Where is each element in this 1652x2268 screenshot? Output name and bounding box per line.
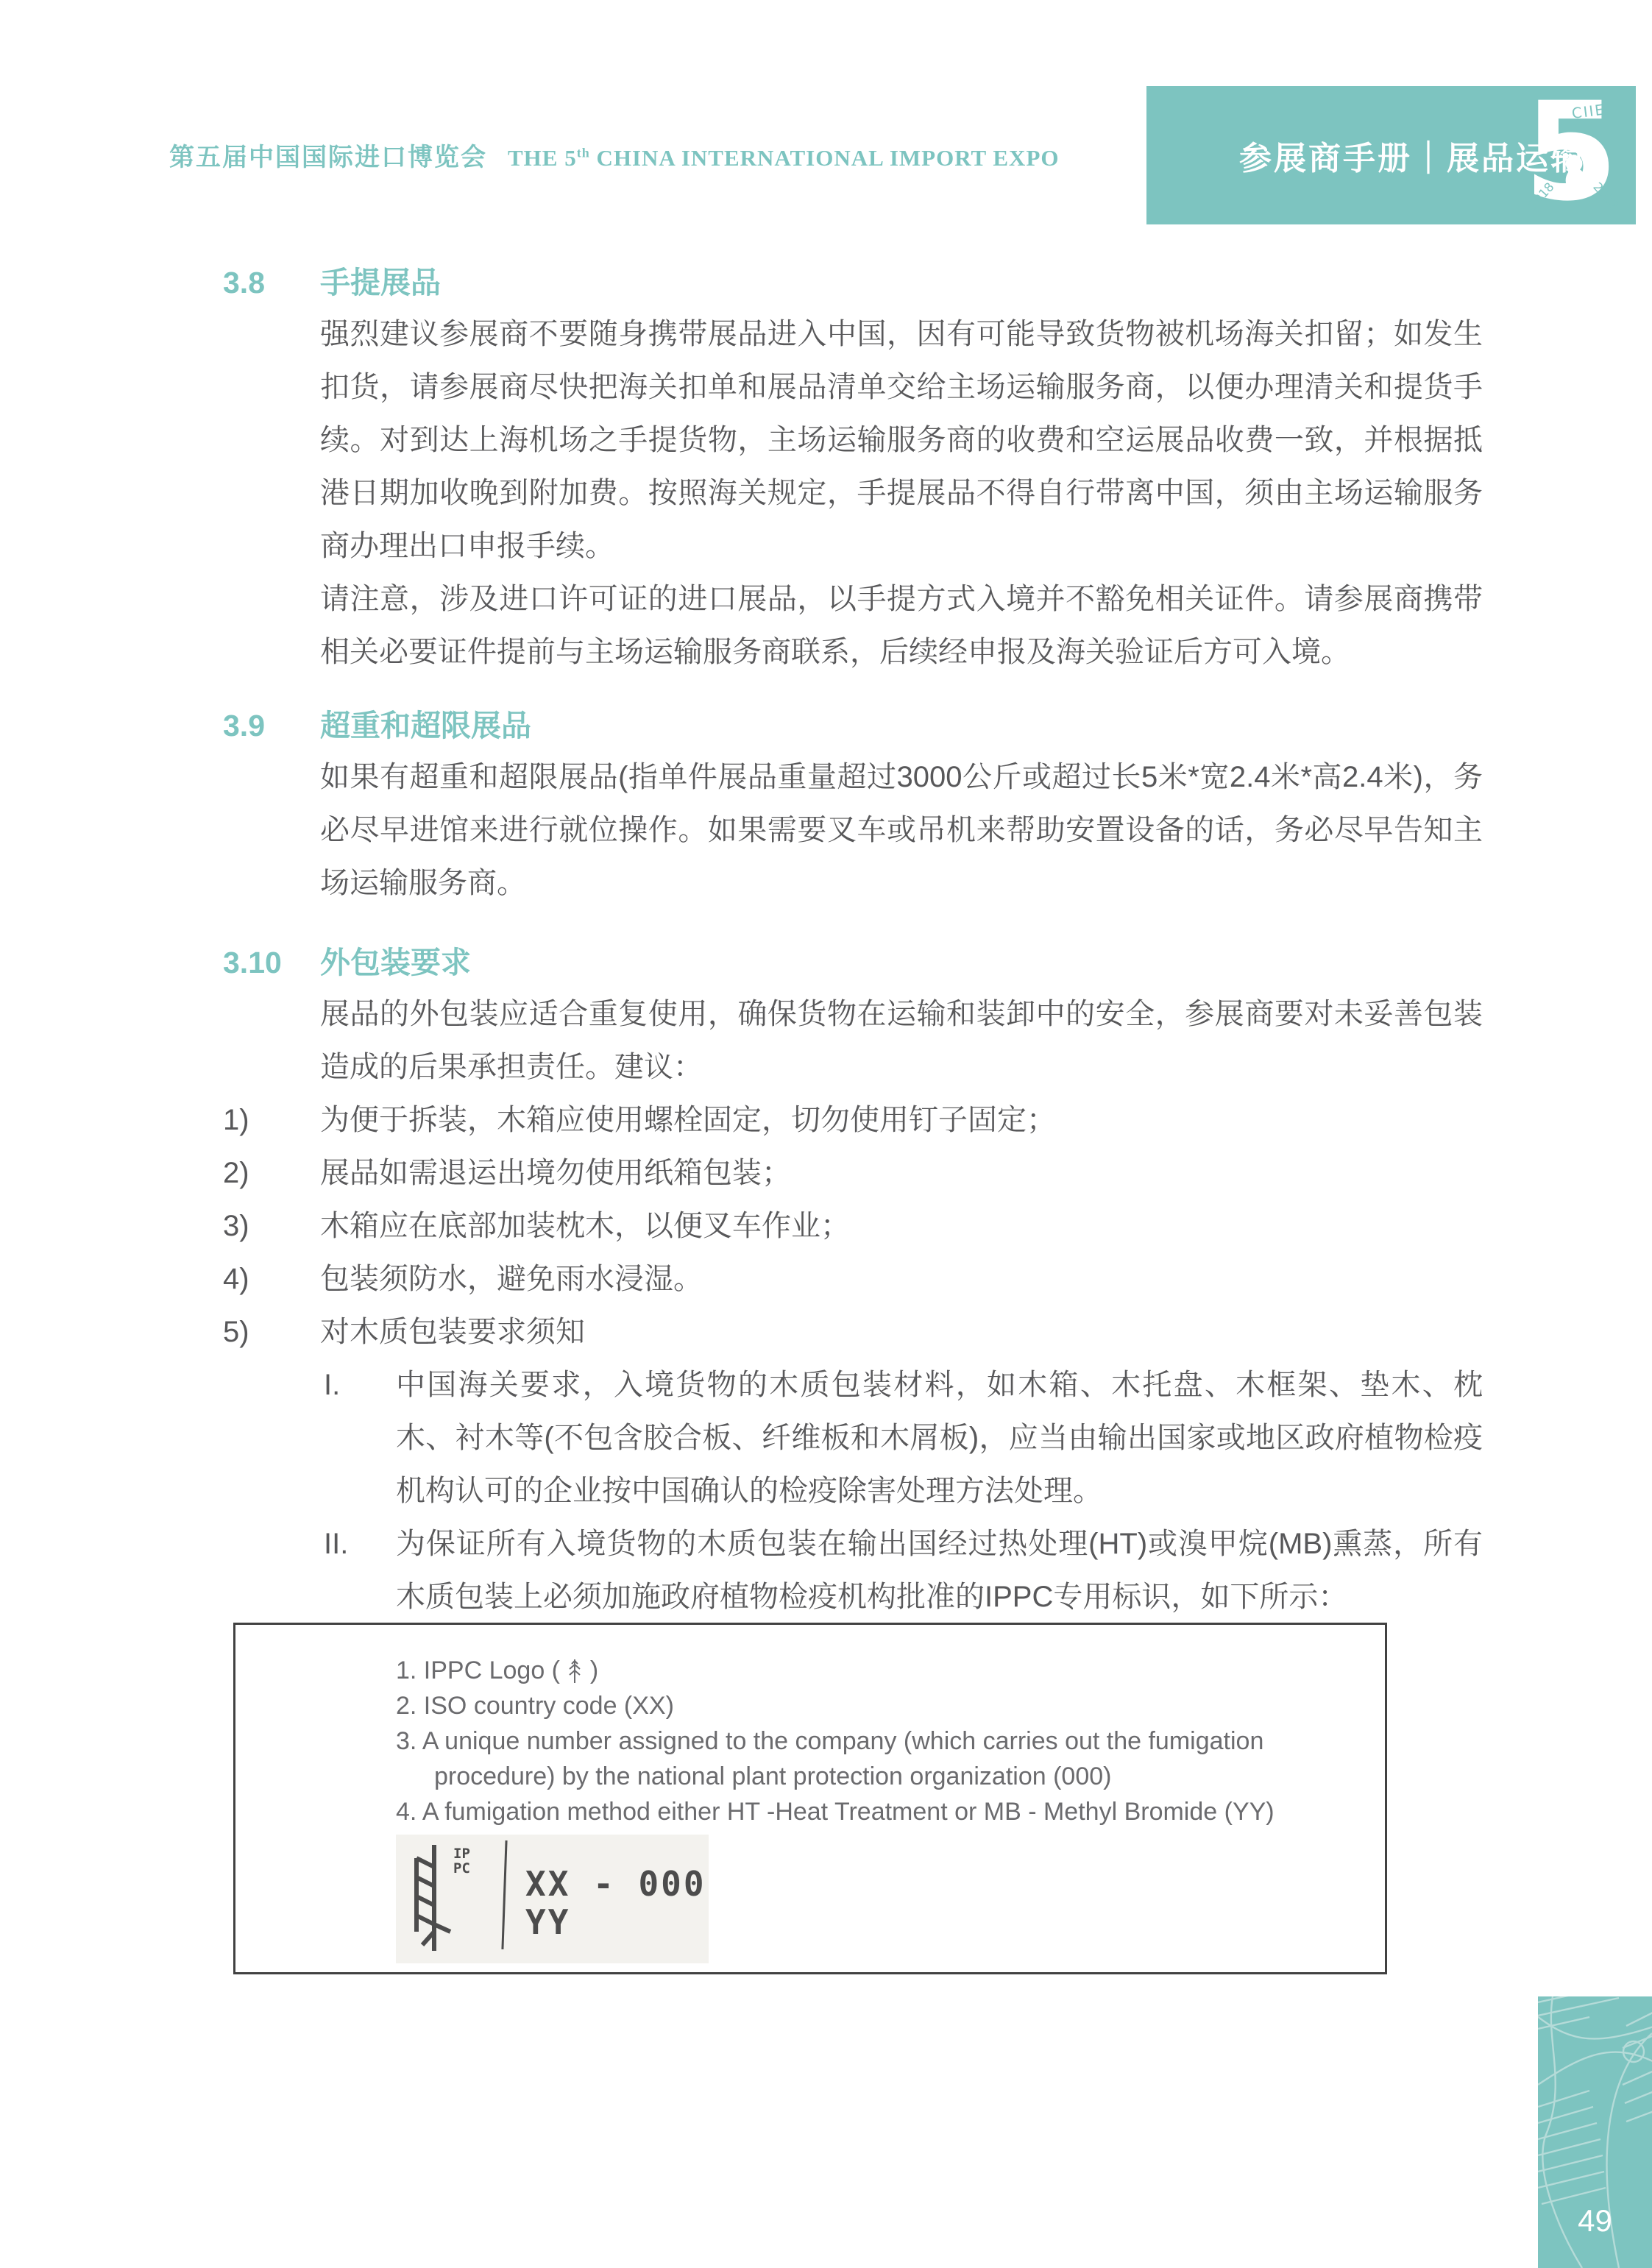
list-item: 2) 展品如需退运出境勿使用纸箱包装； <box>223 1147 1483 1199</box>
section-title: 手提展品 <box>320 262 441 303</box>
main-content: 3.8 手提展品 强烈建议参展商不要随身携带展品进入中国，因有可能导致货物被机场… <box>223 256 1483 1623</box>
list-item-text: 对木质包装要求须知 <box>320 1305 585 1358</box>
ippc-item-1: 1. IPPC Logo ( ) <box>396 1653 1344 1688</box>
page-number: 49 <box>1538 2205 1652 2237</box>
section-3-8-heading: 3.8 手提展品 <box>223 262 1483 303</box>
section-title: 超重和超限展品 <box>320 705 531 746</box>
wheat-stamp-icon <box>408 1842 455 1954</box>
list-item: 4) 包装须防水，避免雨水浸湿。 <box>223 1252 1483 1305</box>
section-number: 3.9 <box>223 705 320 746</box>
list-item: 5) 对木质包装要求须知 <box>223 1305 1483 1358</box>
expo-title-chinese: 第五届中国国际进口博览会 <box>169 144 487 171</box>
expo-title-english-post: CHINA INTERNATIONAL IMPORT EXPO <box>590 145 1060 171</box>
ippc-info-list: 1. IPPC Logo ( ) 2. ISO country code (XX… <box>396 1653 1344 1829</box>
list-item-number: 4) <box>223 1252 320 1305</box>
list-item-text: 包装须防水，避免雨水浸湿。 <box>320 1252 703 1305</box>
section-number: 3.8 <box>223 262 320 303</box>
list-item-number: 2) <box>223 1147 320 1199</box>
page: 第五届中国国际进口博览会THE 5th CHINA INTERNATIONAL … <box>0 0 1652 2268</box>
footer-block: 49 <box>1538 1996 1652 2268</box>
ippc-stamp-image: IPPC XX - 000 YY <box>396 1835 709 1963</box>
section-title: 外包装要求 <box>320 942 471 983</box>
section-number: 3.10 <box>223 942 320 983</box>
ippc-item-4: 4. A fumigation method either HT -Heat T… <box>396 1794 1344 1829</box>
list-item: 3) 木箱应在底部加装枕木，以便叉车作业； <box>223 1199 1483 1252</box>
list-item: 1) 为便于拆装，木箱应使用螺栓固定，切勿使用钉子固定； <box>223 1094 1483 1147</box>
ippc-item-1-text-before: 1. IPPC Logo ( <box>396 1656 567 1684</box>
page-header: 第五届中国国际进口博览会THE 5th CHINA INTERNATIONAL … <box>169 137 1060 173</box>
stamp-country-code: XX - 000 <box>525 1864 706 1904</box>
expo-title-english: THE 5th CHINA INTERNATIONAL IMPORT EXPO <box>508 145 1060 171</box>
sub-list-item-text: 为保证所有入境货物的木质包装在输出国经过热处理(HT)或溴甲烷(MB)熏蒸，所有… <box>396 1517 1483 1623</box>
section-3-9-paragraph-1: 如果有超重和超限展品(指单件展品重量超过3000公斤或超过长5米*宽2.4米*高… <box>320 751 1483 910</box>
list-item-text: 为便于拆装，木箱应使用螺栓固定，切勿使用钉子固定； <box>320 1094 1056 1147</box>
sub-list-item: I. 中国海关要求，入境货物的木质包装材料，如木箱、木托盘、木框架、垫木、枕木、… <box>324 1358 1483 1517</box>
sub-list-item-numeral: I. <box>324 1358 396 1517</box>
ippc-info-box: 1. IPPC Logo ( ) 2. ISO country code (XX… <box>233 1623 1387 1974</box>
section-3-9-heading: 3.9 超重和超限展品 <box>223 705 1483 746</box>
sub-list-item-text: 中国海关要求，入境货物的木质包装材料，如木箱、木托盘、木框架、垫木、枕木、衬木等… <box>396 1358 1483 1517</box>
sub-list-item-numeral: II. <box>324 1517 396 1623</box>
wheat-icon <box>567 1658 583 1684</box>
list-item-text: 展品如需退运出境勿使用纸箱包装； <box>320 1147 791 1199</box>
expo-title-english-pre: THE 5 <box>508 145 577 171</box>
ippc-item-3: 3. A unique number assigned to the compa… <box>396 1723 1344 1794</box>
ciie-5-logo: 5 CIIE 2018 2022 <box>1522 91 1624 220</box>
list-item-number: 1) <box>223 1094 320 1147</box>
stamp-ippc-vertical-text: IPPC <box>453 1846 471 1876</box>
list-item-text: 木箱应在底部加装枕木，以便叉车作业； <box>320 1199 850 1252</box>
list-item-number: 5) <box>223 1305 320 1358</box>
sub-list-item: II. 为保证所有入境货物的木质包装在输出国经过热处理(HT)或溴甲烷(MB)熏… <box>324 1517 1483 1623</box>
expo-title-english-sup: th <box>577 146 590 160</box>
stamp-method-code: YY <box>525 1902 570 1942</box>
ippc-item-2: 2. ISO country code (XX) <box>396 1688 1344 1723</box>
stamp-divider-line <box>501 1840 507 1949</box>
chapter-badge: 参展商手册｜展品运输 5 CIIE 2018 2022 <box>1146 86 1636 224</box>
section-3-10-heading: 3.10 外包装要求 <box>223 942 1483 983</box>
section-3-10-intro: 展品的外包装应适合重复使用，确保货物在运输和装卸中的安全，参展商要对未妥善包装造… <box>320 988 1483 1094</box>
list-item-number: 3) <box>223 1199 320 1252</box>
ippc-item-1-text-after: ) <box>583 1656 598 1684</box>
section-3-8-paragraph-1: 强烈建议参展商不要随身携带展品进入中国，因有可能导致货物被机场海关扣留；如发生扣… <box>320 308 1483 573</box>
section-3-8-paragraph-2: 请注意，涉及进口许可证的进口展品，以手提方式入境并不豁免相关证件。请参展商携带相… <box>320 573 1483 678</box>
